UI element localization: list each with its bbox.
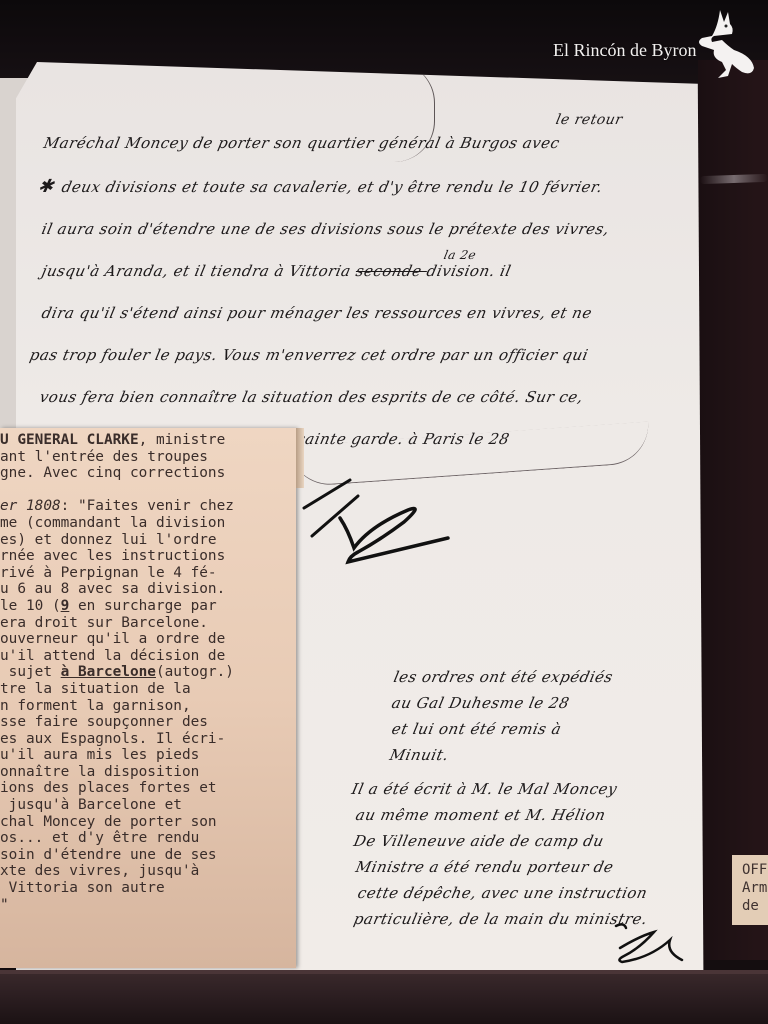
card-edge (296, 428, 304, 488)
caption-text-segment: chal Moncey de porter son (0, 814, 217, 830)
caption-text-segment: u'il attend la décision de (0, 648, 225, 664)
caption-text-segment: me (commandant la division (0, 515, 225, 531)
caption-card-line: sse faire soupçonner des (0, 714, 294, 731)
caption-card-line: ouverneur qu'il a ordre de (0, 631, 294, 648)
letter-line: dira qu'il s'étend ainsi pour ménager le… (40, 304, 594, 322)
caption-card-line: era droit sur Barcelone. (0, 615, 294, 632)
letter-line: jusqu'à Aranda, et il tiendra à Vittoria… (40, 262, 513, 280)
caption-card-line: os... et d'y être rendu (0, 830, 294, 847)
caption-card-line: u'il aura mis les pieds (0, 747, 294, 764)
caption-card-line: n forment la garnison, (0, 698, 294, 715)
side-card-line: OFF (742, 861, 768, 879)
caption-card-line: jusqu'à Barcelone et (0, 797, 294, 814)
letter-note-line: et lui ont été remis à (390, 720, 563, 738)
caption-text-segment: jusqu'à Barcelone et (0, 797, 182, 813)
caption-text-segment: soin d'étendre une de ses (0, 847, 217, 863)
napoleon-signature-icon (300, 478, 450, 568)
caption-card-line: u 6 au 8 avec sa division. (0, 581, 294, 598)
kangaroo-logo-icon (692, 6, 762, 84)
letter-note-line: De Villeneuve aide de camp du (352, 832, 606, 850)
caption-card-line: es aux Espagnols. Il écri- (0, 731, 294, 748)
caption-card-line: rnée avec les instructions (0, 548, 294, 565)
letter-line: deux divisions et toute sa cavalerie, et… (60, 178, 604, 196)
caption-text-segment: en surcharge par (69, 598, 216, 614)
caption-text-segment: era droit sur Barcelone. (0, 615, 208, 631)
caption-card-line: xte des vivres, jusqu'à (0, 863, 294, 880)
side-card-line: Arm (742, 879, 768, 897)
caption-text-segment: gne. Avec cinq corrections (0, 465, 225, 481)
caption-card-line: u'il attend la décision de (0, 648, 294, 665)
caption-card-line: rivé à Perpignan le 4 fé- (0, 565, 294, 582)
side-card-line: de (742, 897, 768, 915)
card-line-gap (0, 482, 294, 499)
caption-text-segment: à Barcelone (61, 664, 156, 680)
letter-line: pas trop fouler le pays. Vous m'enverrez… (28, 346, 590, 364)
letter-note-line: les ordres ont été expédiés (392, 668, 615, 686)
caption-card-line: me (commandant la division (0, 515, 294, 532)
caption-text-segment: er 1808 (0, 498, 61, 514)
caption-card-text: U GENERAL CLARKE, ministreant l'entrée d… (0, 432, 294, 913)
caption-text-segment: " (0, 897, 9, 913)
letter-note-line: Ministre a été rendu porteur de (354, 858, 615, 876)
paraph-signature-icon (610, 918, 690, 964)
caption-text-segment: ions des places fortes et (0, 780, 217, 796)
caption-text-segment: U GENERAL CLARKE (0, 432, 139, 448)
caption-text-segment: tre la situation de la (0, 681, 191, 697)
letter-line: vous fera bien connaître la situation de… (38, 388, 585, 406)
caption-text-segment: xte des vivres, jusqu'à (0, 863, 199, 879)
caption-card-line: U GENERAL CLARKE, ministre (0, 432, 294, 449)
dark-background-right (698, 60, 768, 960)
asterisk-mark-icon: ✱ (36, 176, 56, 197)
caption-text-segment: Vittoria son autre (0, 880, 165, 896)
letter-line: Maréchal Moncey de porter son quartier g… (42, 134, 561, 152)
caption-text-segment: le 10 ( (0, 598, 61, 614)
caption-text-segment: rnée avec les instructions (0, 548, 225, 564)
caption-text-segment: (autogr.) (156, 664, 234, 680)
caption-card-line: soin d'étendre une de ses (0, 847, 294, 864)
struck-word: seconde (354, 262, 429, 280)
letter-note-line: Minuit. (388, 746, 450, 764)
caption-text-segment: sujet (0, 664, 61, 680)
caption-text-segment: ouverneur qu'il a ordre de (0, 631, 225, 647)
caption-text-segment: n forment la garnison, (0, 698, 191, 714)
caption-card-line: chal Moncey de porter son (0, 814, 294, 831)
caption-card-line: ions des places fortes et (0, 780, 294, 797)
letter-note-line: Il a été écrit à M. le Mal Moncey (350, 780, 619, 798)
letter-note-line: cette dépêche, avec une instruction (356, 884, 649, 902)
watermark-text: El Rincón de Byron (553, 40, 696, 61)
display-frame-bottom (0, 970, 768, 1024)
caption-card-line: sujet à Barcelone(autogr.) (0, 664, 294, 681)
letter-note-line: au Gal Duhesme le 28 (390, 694, 571, 712)
caption-card-line: onnaître la disposition (0, 764, 294, 781)
caption-text-segment: es) et donnez lui l'ordre (0, 532, 217, 548)
caption-card-line: es) et donnez lui l'ordre (0, 532, 294, 549)
letter-margin-note: le retour (554, 112, 624, 128)
caption-text-segment: , ministre (139, 432, 226, 448)
caption-text-segment: : "Faites venir chez (61, 498, 234, 514)
letter-line: il aura soin d'étendre une de ses divisi… (40, 220, 611, 238)
caption-text-segment: onnaître la disposition (0, 764, 199, 780)
caption-card-line: Vittoria son autre (0, 880, 294, 897)
letter-note-line: au même moment et M. Hélion (354, 806, 607, 824)
caption-text-segment: es aux Espagnols. Il écri- (0, 731, 225, 747)
caption-card-line: " (0, 897, 294, 914)
caption-card: U GENERAL CLARKE, ministreant l'entrée d… (0, 428, 296, 968)
caption-text-segment: u'il aura mis les pieds (0, 747, 199, 763)
letter-note-line: particulière, de la main du ministre. (352, 910, 649, 928)
letter-insertion: la 2e (443, 248, 478, 262)
side-caption-card: OFFArmde (732, 855, 768, 925)
caption-text-segment: u 6 au 8 avec sa division. (0, 581, 225, 597)
caption-card-line: tre la situation de la (0, 681, 294, 698)
caption-text-segment: os... et d'y être rendu (0, 830, 199, 846)
caption-card-line: ant l'entrée des troupes (0, 449, 294, 466)
caption-text-segment: sse faire soupçonner des (0, 714, 208, 730)
caption-card-line: le 10 (9 en surcharge par (0, 598, 294, 615)
caption-text-segment: ant l'entrée des troupes (0, 449, 208, 465)
caption-card-line: gne. Avec cinq corrections (0, 465, 294, 482)
caption-card-line: er 1808: "Faites venir chez (0, 498, 294, 515)
caption-text-segment: rivé à Perpignan le 4 fé- (0, 565, 217, 581)
